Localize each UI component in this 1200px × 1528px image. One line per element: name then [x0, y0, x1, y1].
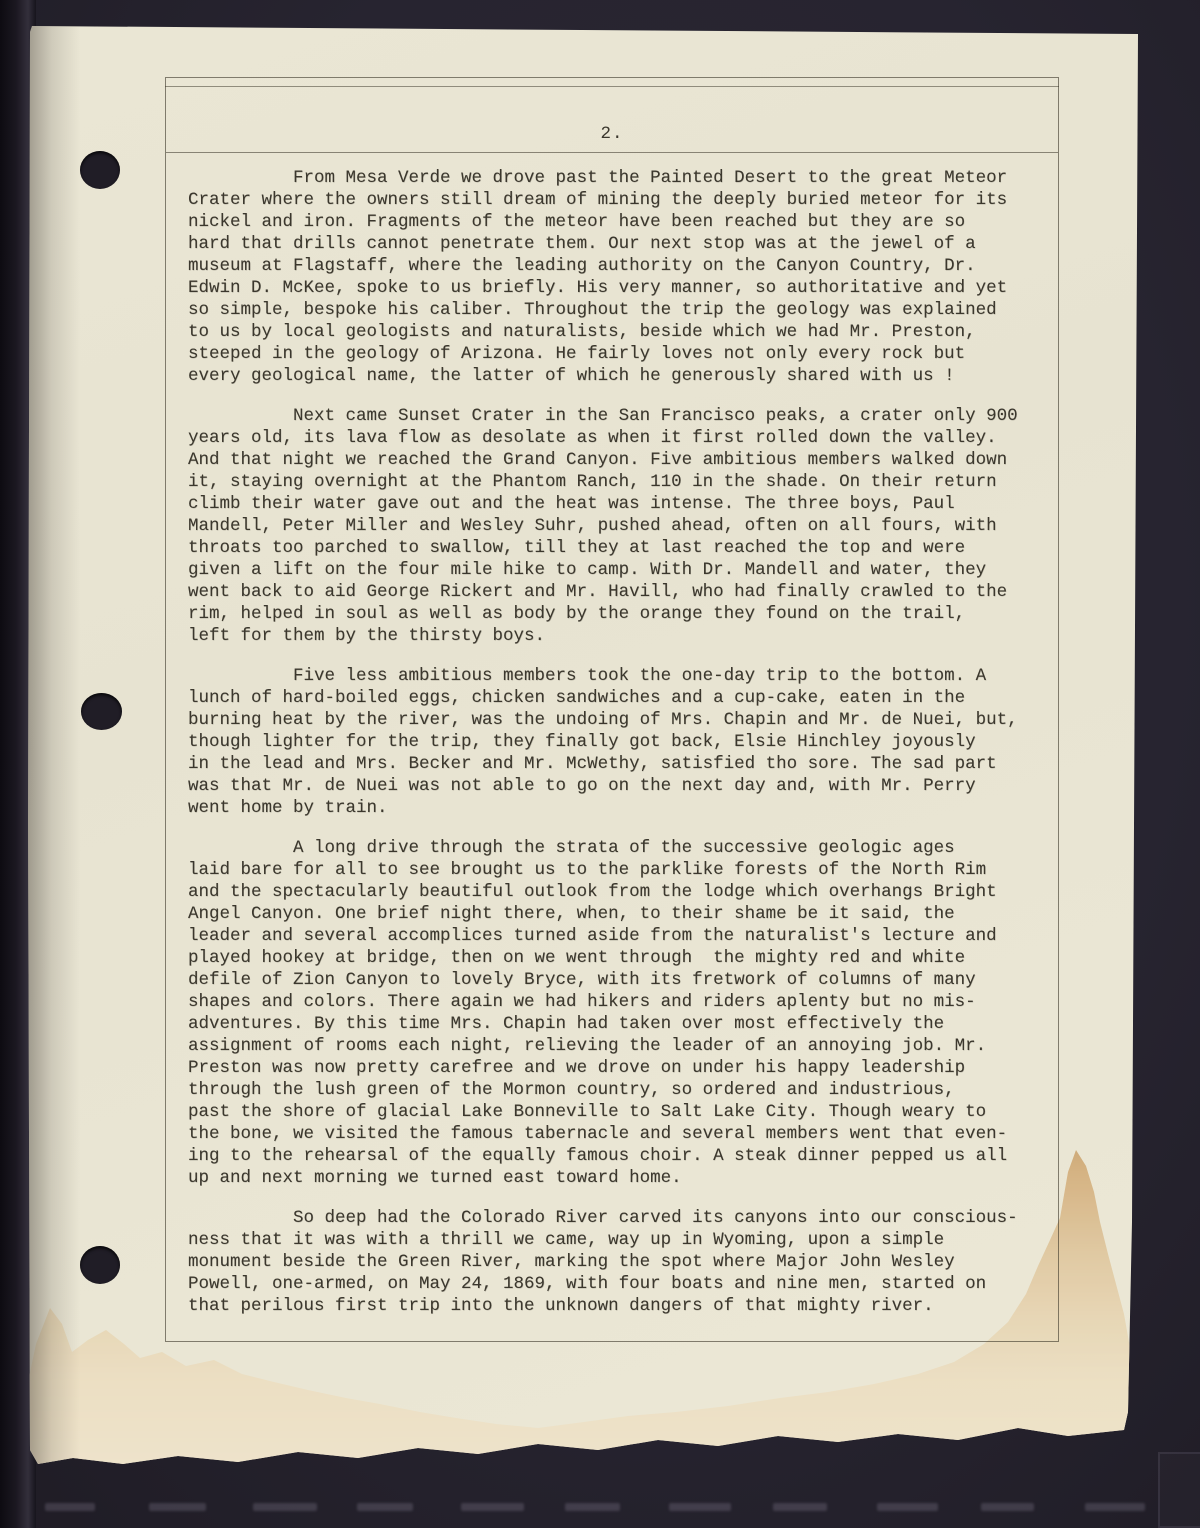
typed-paragraph: A long drive through the strata of the s… [188, 837, 1046, 1189]
typed-paragraph: So deep had the Colorado River carved it… [188, 1207, 1046, 1317]
typed-paragraph: Five less ambitious members took the one… [188, 665, 1046, 819]
typed-paragraph: From Mesa Verde we drove past the Painte… [188, 167, 1046, 387]
punch-hole-top [80, 151, 120, 189]
punch-hole-middle [81, 693, 122, 730]
typed-paragraph: Next came Sunset Crater in the San Franc… [188, 405, 1046, 647]
film-edge-mark [357, 1503, 413, 1511]
film-edge-mark [981, 1503, 1034, 1511]
page-border-frame: 2. From Mesa Verde we drove past the Pai… [165, 77, 1059, 1342]
album-background: 2. From Mesa Verde we drove past the Pai… [0, 0, 1200, 1528]
page-number: 2. [600, 124, 623, 152]
film-edge-mark [1085, 1503, 1145, 1511]
document-page: 2. From Mesa Verde we drove past the Pai… [28, 22, 1140, 1466]
film-edge-mark [877, 1503, 938, 1511]
film-edge-mark [253, 1503, 317, 1511]
photo-corner-mark [1158, 1452, 1200, 1528]
film-edge-mark [773, 1503, 827, 1511]
paper-edge-shadow [28, 22, 80, 1466]
punch-hole-bottom [80, 1246, 120, 1284]
film-edge-mark [565, 1503, 620, 1511]
film-edge-mark [669, 1503, 731, 1511]
film-edge-mark [149, 1503, 206, 1511]
page-header: 2. [166, 78, 1058, 153]
film-edge-mark [45, 1503, 95, 1511]
typed-text-block: From Mesa Verde we drove past the Painte… [188, 167, 1046, 1335]
film-edge-mark [461, 1503, 524, 1511]
